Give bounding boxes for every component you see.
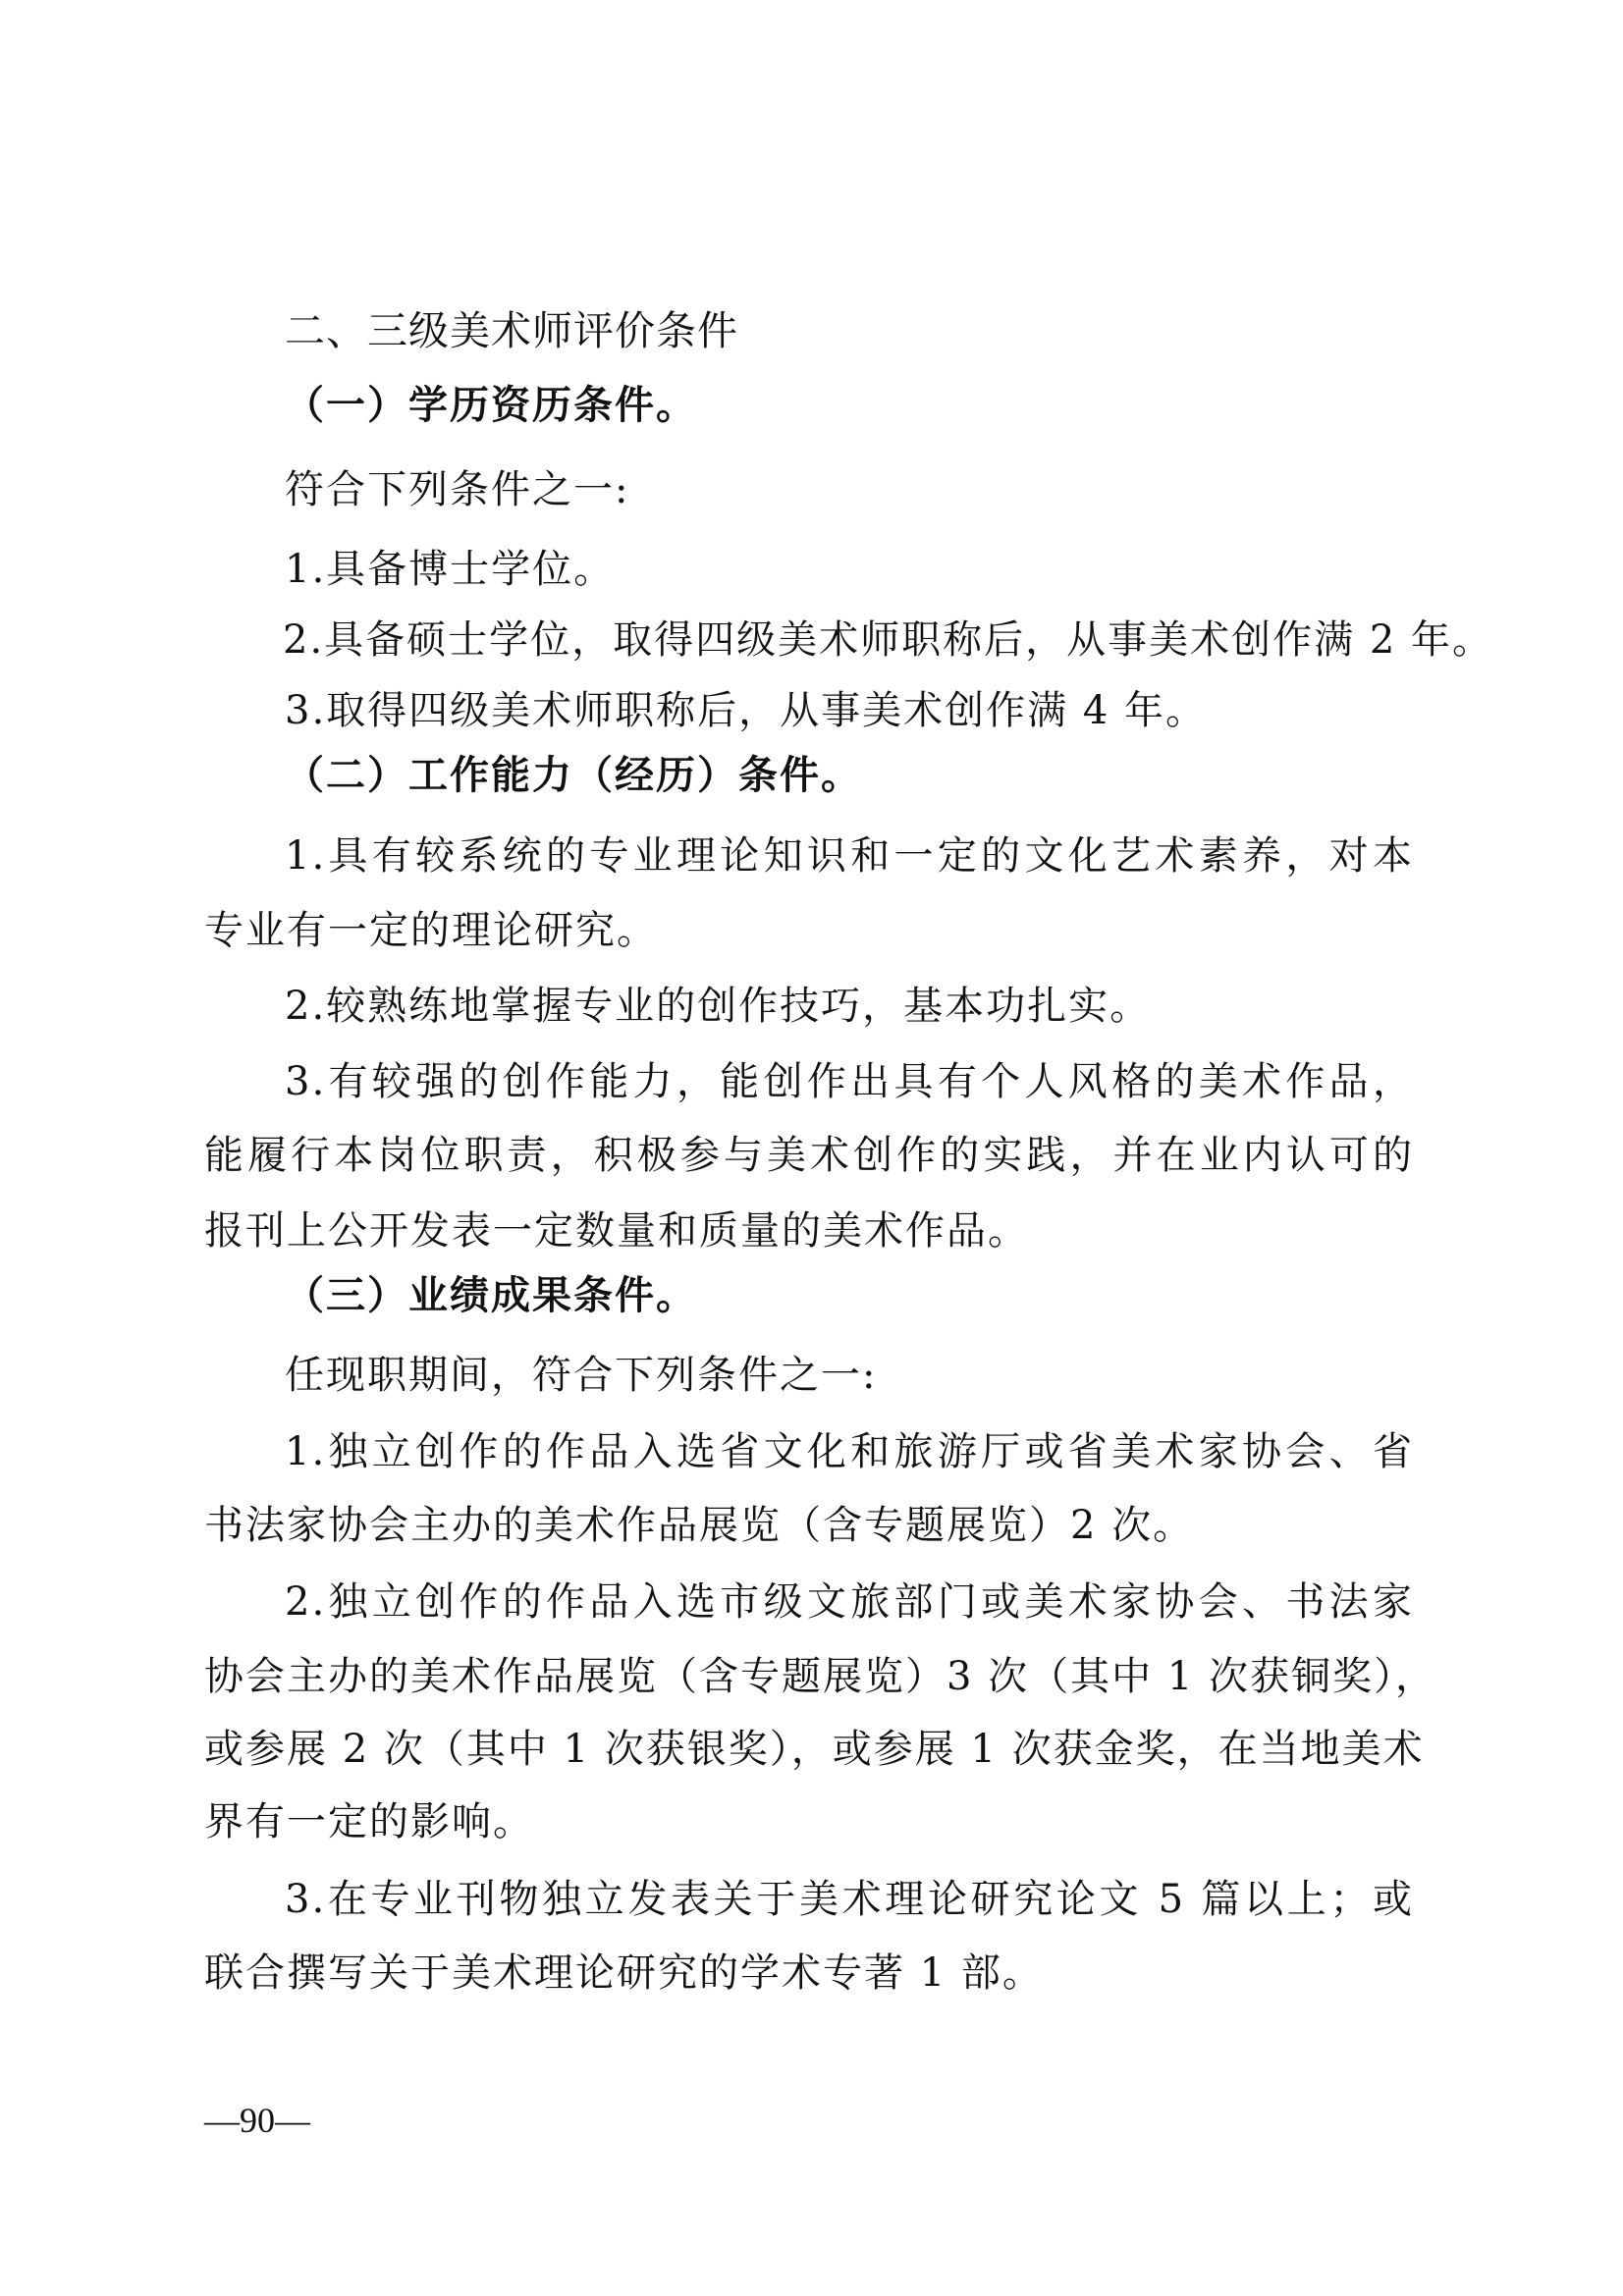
paragraph-line: 能履行本岗位职责，积极参与美术创作的实践，并在业内认可的 [204,1132,1414,1179]
page-number: —90— [204,2099,310,2142]
subsection-intro: 任现职期间，符合下列条件之一: [285,1352,877,1399]
paragraph-line: 联合撰写关于美术理论研究的学术专著 1 部。 [204,1949,1044,1997]
subsection-title-work-ability: （二）工作能力（经历）条件。 [285,752,862,799]
paragraph-line: 专业有一定的理论研究。 [204,907,658,954]
paragraph-line: 书法家协会主办的美术作品展览（含专题展览）2 次。 [204,1502,1194,1549]
subsection-title-achievements: （三）业绩成果条件。 [285,1272,697,1319]
paragraph-line: 2.独立创作的作品入选市级文旅部门或美术家协会、书法家 [285,1578,1414,1626]
paragraph-line: 2.较熟练地掌握专业的创作技巧，基本功扎实。 [285,983,1151,1030]
paragraph-line: 界有一定的影响。 [204,1798,534,1845]
list-item: 3.取得四级美术师职称后，从事美术创作满 4 年。 [285,687,1207,734]
section-title: 二、三级美术师评价条件 [285,307,738,354]
document-page: 二、三级美术师评价条件 （一）学历资历条件。 符合下列条件之一: 1.具备博士学… [0,0,1623,2296]
subsection-title-education: （一）学历资历条件。 [285,382,697,429]
paragraph-line: 1.具有较系统的专业理论知识和一定的文化艺术素养，对本 [285,832,1414,880]
paragraph-line: 报刊上公开发表一定数量和质量的美术作品。 [204,1207,1029,1255]
paragraph-line: 1.独立创作的作品入选省文化和旅游厅或省美术家协会、省 [285,1428,1414,1475]
paragraph-line: 或参展 2 次（其中 1 次获银奖），或参展 1 次获金奖，在当地美术 [204,1726,1414,1773]
list-item: 2.具备硕士学位，取得四级美术师职称后，从事美术创作满 2 年。 [283,616,1493,664]
paragraph-line: 3.有较强的创作能力，能创作出具有个人风格的美术作品， [285,1058,1414,1105]
paragraph-line: 3.在专业刊物独立发表关于美术理论研究论文 5 篇以上；或 [285,1876,1414,1923]
list-item: 1.具备博士学位。 [285,546,615,593]
subsection-intro: 符合下列条件之一: [285,466,629,513]
paragraph-line: 协会主办的美术作品展览（含专题展览）3 次（其中 1 次获铜奖）， [204,1653,1414,1700]
